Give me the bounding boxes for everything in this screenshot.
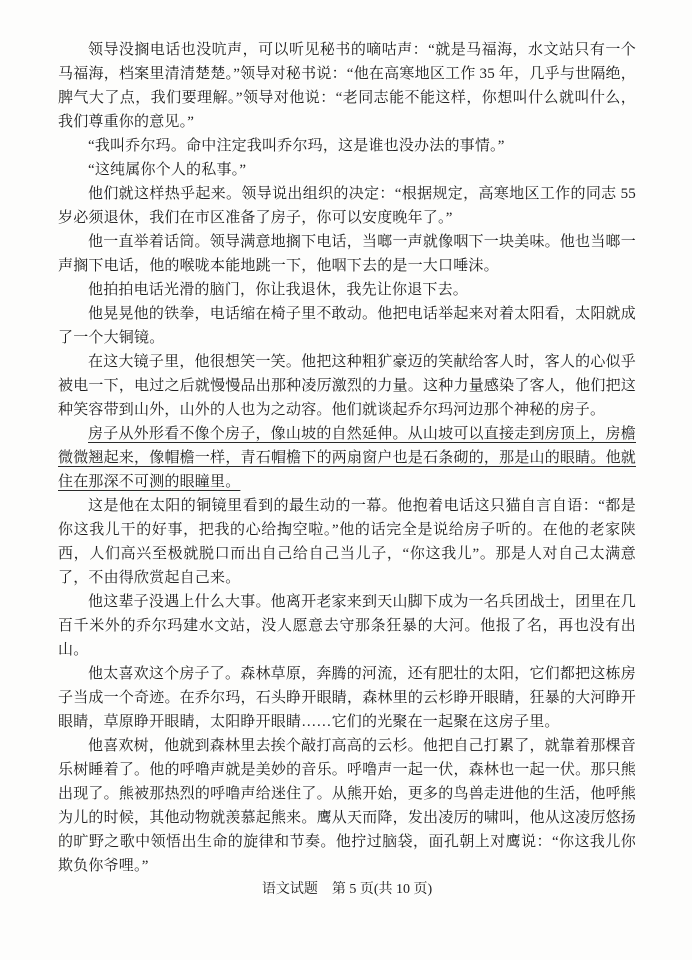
exam-page: 领导没搁电话也没吭声，可以听见秘书的嘀咕声：“就是马福海，水文站只有一个马福海，… xyxy=(0,0,692,960)
story-paragraph-3: “这纯属你个人的私事。” xyxy=(58,158,636,182)
exam-title: 语文试题 xyxy=(262,882,318,897)
footer-spacer xyxy=(318,882,332,897)
story-paragraph-4: 他们就这样热乎起来。领导说出组织的决定：“根据规定，高寒地区工作的同志 55 岁… xyxy=(58,182,636,230)
story-paragraph-6: 他拍拍电话光滑的脑门，你让我退休，我先让你退下去。 xyxy=(58,278,636,302)
story-paragraph-5: 他一直举着话筒。领导满意地搁下电话，当啷一声就像咽下一块美味。他也当啷一声搁下电… xyxy=(58,230,636,278)
underlined-passage: 房子从外形看不像个房子，像山坡的自然延伸。从山坡可以直接走到房顶上，房檐微微翘起… xyxy=(58,422,636,494)
story-paragraph-2: “我叫乔尔玛。命中注定我叫乔尔玛，这是谁也没办法的事情。” xyxy=(58,134,636,158)
story-paragraph-7: 他晃晃他的铁拳，电话缩在椅子里不敢动。他把电话举起来对着太阳看，太阳就成了一个大… xyxy=(58,302,636,350)
story-paragraph-10: 这是他在太阳的铜镜里看到的最生动的一幕。他抱着电话这只猫自言自语：“都是你这我儿… xyxy=(58,494,636,590)
page-footer: 语文试题 第 5 页(共 10 页) xyxy=(58,878,636,902)
story-paragraph-13: 他喜欢树，他就到森林里去挨个敲打高高的云杉。他把自己打累了，就靠着那棵音乐树睡着… xyxy=(58,734,636,878)
story-text-block: 领导没搁电话也没吭声，可以听见秘书的嘀咕声：“就是马福海，水文站只有一个马福海，… xyxy=(58,38,636,878)
story-paragraph-8: 在这大镜子里，他很想笑一笑。他把这种粗犷豪迈的笑献给客人时，客人的心似乎被电一下… xyxy=(58,350,636,422)
story-paragraph-1: 领导没搁电话也没吭声，可以听见秘书的嘀咕声：“就是马福海，水文站只有一个马福海，… xyxy=(58,38,636,134)
page-number: 第 5 页(共 10 页) xyxy=(332,882,432,897)
story-paragraph-12: 他太喜欢这个房子了。森林草原，奔腾的河流，还有肥壮的太阳，它们都把这栋房子当成一… xyxy=(58,662,636,734)
story-paragraph-11: 他这辈子没遇上什么大事。他离开老家来到天山脚下成为一名兵团战士，团里在几百千米外… xyxy=(58,590,636,662)
